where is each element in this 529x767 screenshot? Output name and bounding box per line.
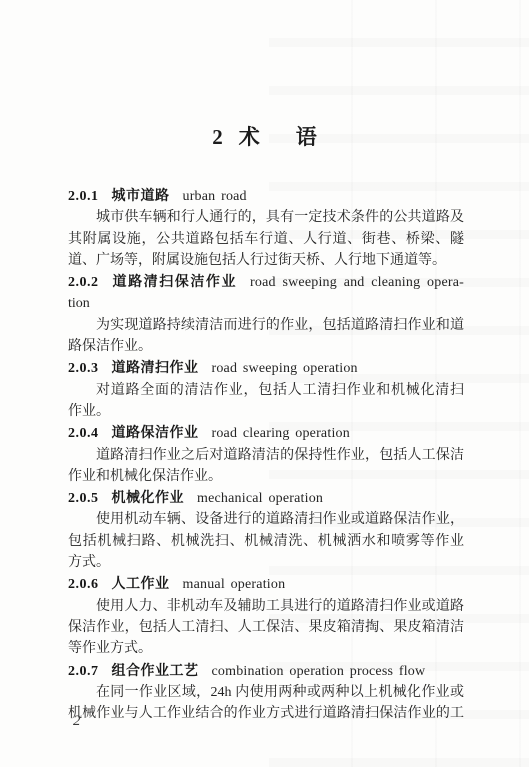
definition-line: 等作业方式。	[68, 638, 464, 659]
definition-line: 为实现道路持续清洁而进行的作业，包括道路清扫作业和道	[68, 315, 464, 336]
clause-number: 2.0.2	[68, 275, 99, 290]
definition-line: 使用人力、非机动车及辅助工具进行的道路清扫作业或道路	[68, 596, 464, 617]
definition-line: 路保洁作业。	[68, 336, 464, 357]
term-heading: 2.0.7组合作业工艺combination operation process…	[68, 660, 464, 682]
term-heading: 2.0.6人工作业manual operation	[68, 573, 464, 595]
clause-number: 2.0.1	[68, 189, 99, 204]
term-english: manual operation	[183, 577, 286, 592]
definition-line: 其附属设施，公共道路包括车行道、人行道、街巷、桥梁、隧	[68, 229, 464, 250]
clause-number: 2.0.4	[68, 426, 99, 441]
term-chinese: 城市道路	[112, 187, 170, 203]
term-heading: 2.0.2道路清扫保洁作业road sweeping and cleaning …	[68, 271, 464, 293]
definition-line: 道、广场等，附属设施包括人行过街天桥、人行地下通道等。	[68, 250, 464, 271]
term-chinese: 道路保洁作业	[112, 424, 199, 440]
document-page: 2术语 2.0.1城市道路urban road城市供车辆和行人通行的，具有一定技…	[0, 0, 529, 767]
definition-line: 在同一作业区域，24h 内使用两种或两种以上机械化作业或	[68, 682, 464, 703]
term-chinese: 道路清扫作业	[112, 359, 199, 375]
chapter-title-char-2: 语	[296, 125, 317, 149]
term-english: urban road	[183, 189, 247, 204]
term-heading: 2.0.1城市道路urban road	[68, 185, 464, 207]
clause-number: 2.0.5	[68, 491, 99, 506]
definition-line: 作业和机械化保洁作业。	[68, 466, 464, 487]
definition-line: 对道路全面的清洁作业，包括人工清扫作业和机械化清扫	[68, 380, 464, 401]
term-chinese: 人工作业	[112, 575, 170, 591]
term-english: road clearing operation	[212, 426, 350, 441]
term-english: road sweeping and cleaning opera-	[250, 275, 464, 290]
definition-line: 道路清扫作业之后对道路清洁的保持性作业，包括人工保洁	[68, 445, 464, 466]
term-english-continuation: tion	[68, 293, 464, 314]
term-english: combination operation process flow	[212, 664, 426, 679]
definition-line: 保洁作业，包括人工清扫、人工保洁、果皮箱清掏、果皮箱清洁	[68, 617, 464, 638]
terminology-list: 2.0.1城市道路urban road城市供车辆和行人通行的，具有一定技术条件的…	[68, 185, 464, 724]
term-heading: 2.0.5机械化作业mechanical operation	[68, 487, 464, 509]
definition-line: 包括机械扫路、机械洗扫、机械清洗、机械洒水和喷雾等作业	[68, 531, 464, 552]
clause-number: 2.0.7	[68, 664, 99, 679]
chapter-title: 2术语	[0, 121, 529, 151]
chapter-number: 2	[212, 125, 223, 149]
definition-line: 使用机动车辆、设备进行的道路清扫作业或道路保洁作业，	[68, 509, 464, 530]
term-chinese: 机械化作业	[112, 489, 185, 505]
chapter-title-char-1: 术	[239, 125, 260, 149]
term-heading: 2.0.4道路保洁作业road clearing operation	[68, 422, 464, 444]
clause-number: 2.0.3	[68, 361, 99, 376]
term-chinese: 组合作业工艺	[112, 662, 199, 678]
term-english: mechanical operation	[197, 491, 323, 506]
definition-line: 机械作业与人工作业结合的作业方式进行道路清扫保洁作业的工	[68, 703, 464, 724]
term-english: road sweeping operation	[212, 361, 358, 376]
definition-line: 城市供车辆和行人通行的，具有一定技术条件的公共道路及	[68, 207, 464, 228]
clause-number: 2.0.6	[68, 577, 99, 592]
page-number: 2	[73, 713, 81, 730]
term-chinese: 道路清扫保洁作业	[112, 273, 238, 289]
definition-line: 作业。	[68, 401, 464, 422]
definition-line: 方式。	[68, 552, 464, 573]
term-heading: 2.0.3道路清扫作业road sweeping operation	[68, 357, 464, 379]
